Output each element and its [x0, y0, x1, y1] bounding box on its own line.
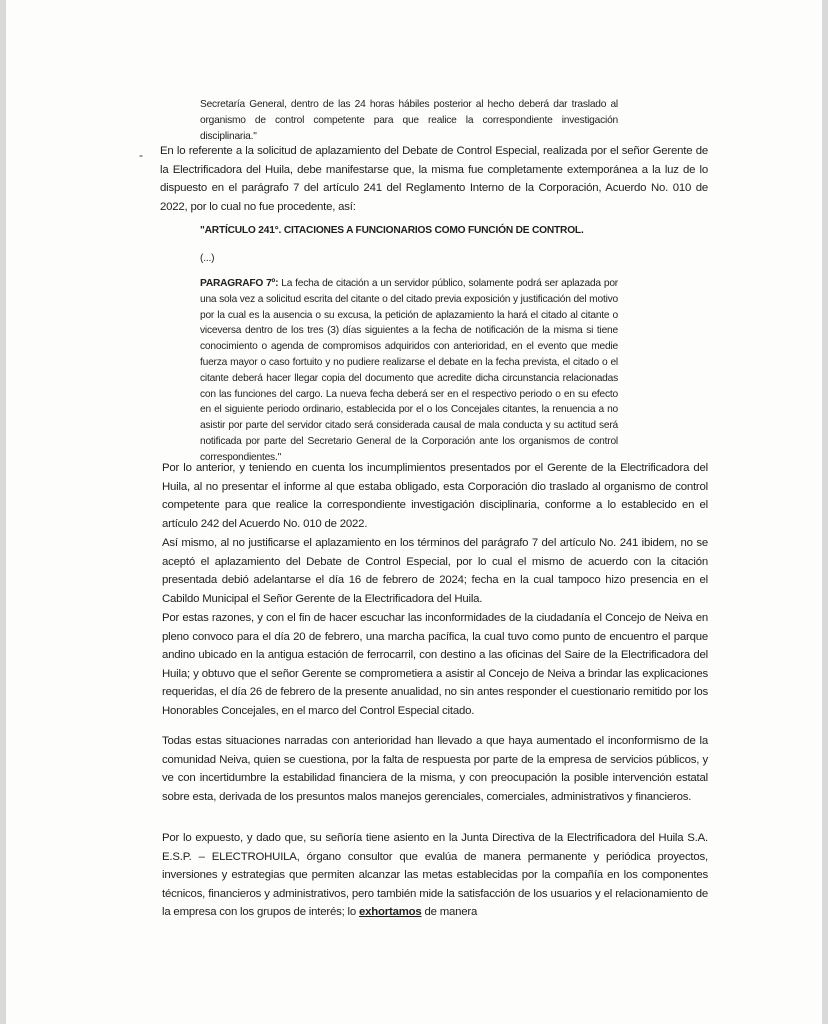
quoted-text-top: Secretaría General, dentro de las 24 hor…: [200, 97, 618, 144]
paragraph-2: Así mismo, al no justificarse el aplazam…: [162, 534, 708, 608]
article-heading: "ARTÍCULO 241°. CITACIONES A FUNCIONARIO…: [200, 223, 640, 239]
bullet-marker: -: [139, 148, 143, 162]
paragraph-7-text: La fecha de citación a un servidor públi…: [200, 278, 618, 463]
emphasis-exhortamos: exhortamos: [359, 906, 422, 918]
paragraph-5-end: de manera: [422, 906, 478, 918]
document-page: Secretaría General, dentro de las 24 hor…: [6, 0, 822, 1024]
bullet-paragraph: En lo referente a la solicitud de aplaza…: [160, 142, 708, 216]
paragraph-5: Por lo expuesto, y dado que, su señoría …: [162, 829, 708, 922]
paragraph-7-label: PARAGRAFO 7º:: [200, 278, 278, 289]
paragraph-1: Por lo anterior, y teniendo en cuenta lo…: [162, 459, 708, 533]
paragraph-7-quote: PARAGRAFO 7º: La fecha de citación a un …: [200, 276, 618, 466]
paragraph-3: Por estas razones, y con el fin de hacer…: [162, 609, 708, 721]
paragraph-4: Todas estas situaciones narradas con ant…: [162, 732, 708, 806]
ellipsis: (...): [200, 251, 260, 267]
